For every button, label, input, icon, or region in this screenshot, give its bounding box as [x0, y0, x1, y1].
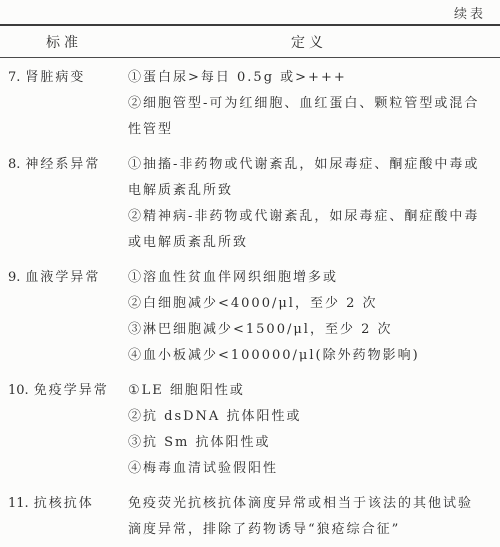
row-definitions-cell: ①抽搐-非药物或代谢紊乱，如尿毒症、酮症酸中毒或电解质紊乱所致②精神病-非药物或…	[128, 152, 486, 256]
row-definitions-cell: 免疫荧光抗核抗体滴度异常或相当于该法的其他试验滴度异常，排除了药物诱导“狼疮综合…	[128, 491, 486, 543]
row-criteria-label: 血液学异常	[25, 270, 100, 285]
row-definitions-cell: ①蛋白尿>每日 0.5g 或>+++②细胞管型-可为红细胞、血红蛋白、颗粒管型或…	[128, 65, 486, 143]
table-row: 9.血液学异常 ①溶血性贫血伴网织细胞增多或②白细胞减少<4000/μl，至少 …	[0, 265, 500, 369]
definition-item: ②白细胞减少<4000/μl，至少 2 次	[128, 291, 486, 317]
row-number: 10.	[8, 383, 29, 398]
row-criteria-cell: 11.抗核抗体	[0, 491, 128, 543]
table-row: 7.肾脏病变 ①蛋白尿>每日 0.5g 或>+++②细胞管型-可为红细胞、血红蛋…	[0, 65, 500, 143]
definition-item: ①LE 细胞阳性或	[128, 378, 486, 404]
table-row: 8.神经系异常 ①抽搐-非药物或代谢紊乱，如尿毒症、酮症酸中毒或电解质紊乱所致②…	[0, 152, 500, 256]
definition-item: ②精神病-非药物或代谢紊乱，如尿毒症、酮症酸中毒或电解质紊乱所致	[128, 204, 486, 256]
definition-item: ①蛋白尿>每日 0.5g 或>+++	[128, 65, 486, 91]
definition-item: ②抗 dsDNA 抗体阳性或	[128, 404, 486, 430]
row-criteria-label: 神经系异常	[25, 157, 100, 172]
definition-item: 免疫荧光抗核抗体滴度异常或相当于该法的其他试验滴度异常，排除了药物诱导“狼疮综合…	[128, 491, 486, 543]
definition-item: ③淋巴细胞减少<1500/μl，至少 2 次	[128, 317, 486, 343]
header-definition: 定义	[128, 32, 500, 52]
row-number: 8.	[8, 157, 20, 172]
definition-item: ①溶血性贫血伴网织细胞增多或	[128, 265, 486, 291]
row-criteria-label: 抗核抗体	[34, 496, 94, 511]
row-criteria-cell: 10.免疫学异常	[0, 378, 128, 482]
definition-item: ④梅毒血清试验假阳性	[128, 456, 486, 482]
definition-item: ②细胞管型-可为红细胞、血红蛋白、颗粒管型或混合性管型	[128, 91, 486, 143]
definition-item: ③抗 Sm 抗体阳性或	[128, 430, 486, 456]
table-body: 7.肾脏病变 ①蛋白尿>每日 0.5g 或>+++②细胞管型-可为红细胞、血红蛋…	[0, 58, 500, 543]
table-row: 11.抗核抗体 免疫荧光抗核抗体滴度异常或相当于该法的其他试验滴度异常，排除了药…	[0, 491, 500, 543]
row-number: 11.	[8, 496, 29, 511]
row-definitions-cell: ①溶血性贫血伴网织细胞增多或②白细胞减少<4000/μl，至少 2 次③淋巴细胞…	[128, 265, 486, 369]
row-definitions-cell: ①LE 细胞阳性或②抗 dsDNA 抗体阳性或③抗 Sm 抗体阳性或④梅毒血清试…	[128, 378, 486, 482]
row-criteria-cell: 9.血液学异常	[0, 265, 128, 369]
table-header-row: 标准 定义	[0, 26, 500, 57]
document-page: 续表 标准 定义 7.肾脏病变 ①蛋白尿>每日 0.5g 或>+++②细胞管型-…	[0, 0, 500, 547]
row-criteria-label: 肾脏病变	[25, 70, 85, 85]
header-criteria: 标准	[0, 32, 128, 52]
table-row: 10.免疫学异常 ①LE 细胞阳性或②抗 dsDNA 抗体阳性或③抗 Sm 抗体…	[0, 378, 500, 482]
row-number: 7.	[8, 70, 20, 85]
row-criteria-label: 免疫学异常	[34, 383, 109, 398]
row-criteria-cell: 8.神经系异常	[0, 152, 128, 256]
definition-item: ①抽搐-非药物或代谢紊乱，如尿毒症、酮症酸中毒或电解质紊乱所致	[128, 152, 486, 204]
row-criteria-cell: 7.肾脏病变	[0, 65, 128, 143]
definition-item: ④血小板减少<100000/μl(除外药物影响)	[128, 343, 486, 369]
continuation-table-label: 续表	[0, 0, 500, 24]
row-number: 9.	[8, 270, 20, 285]
